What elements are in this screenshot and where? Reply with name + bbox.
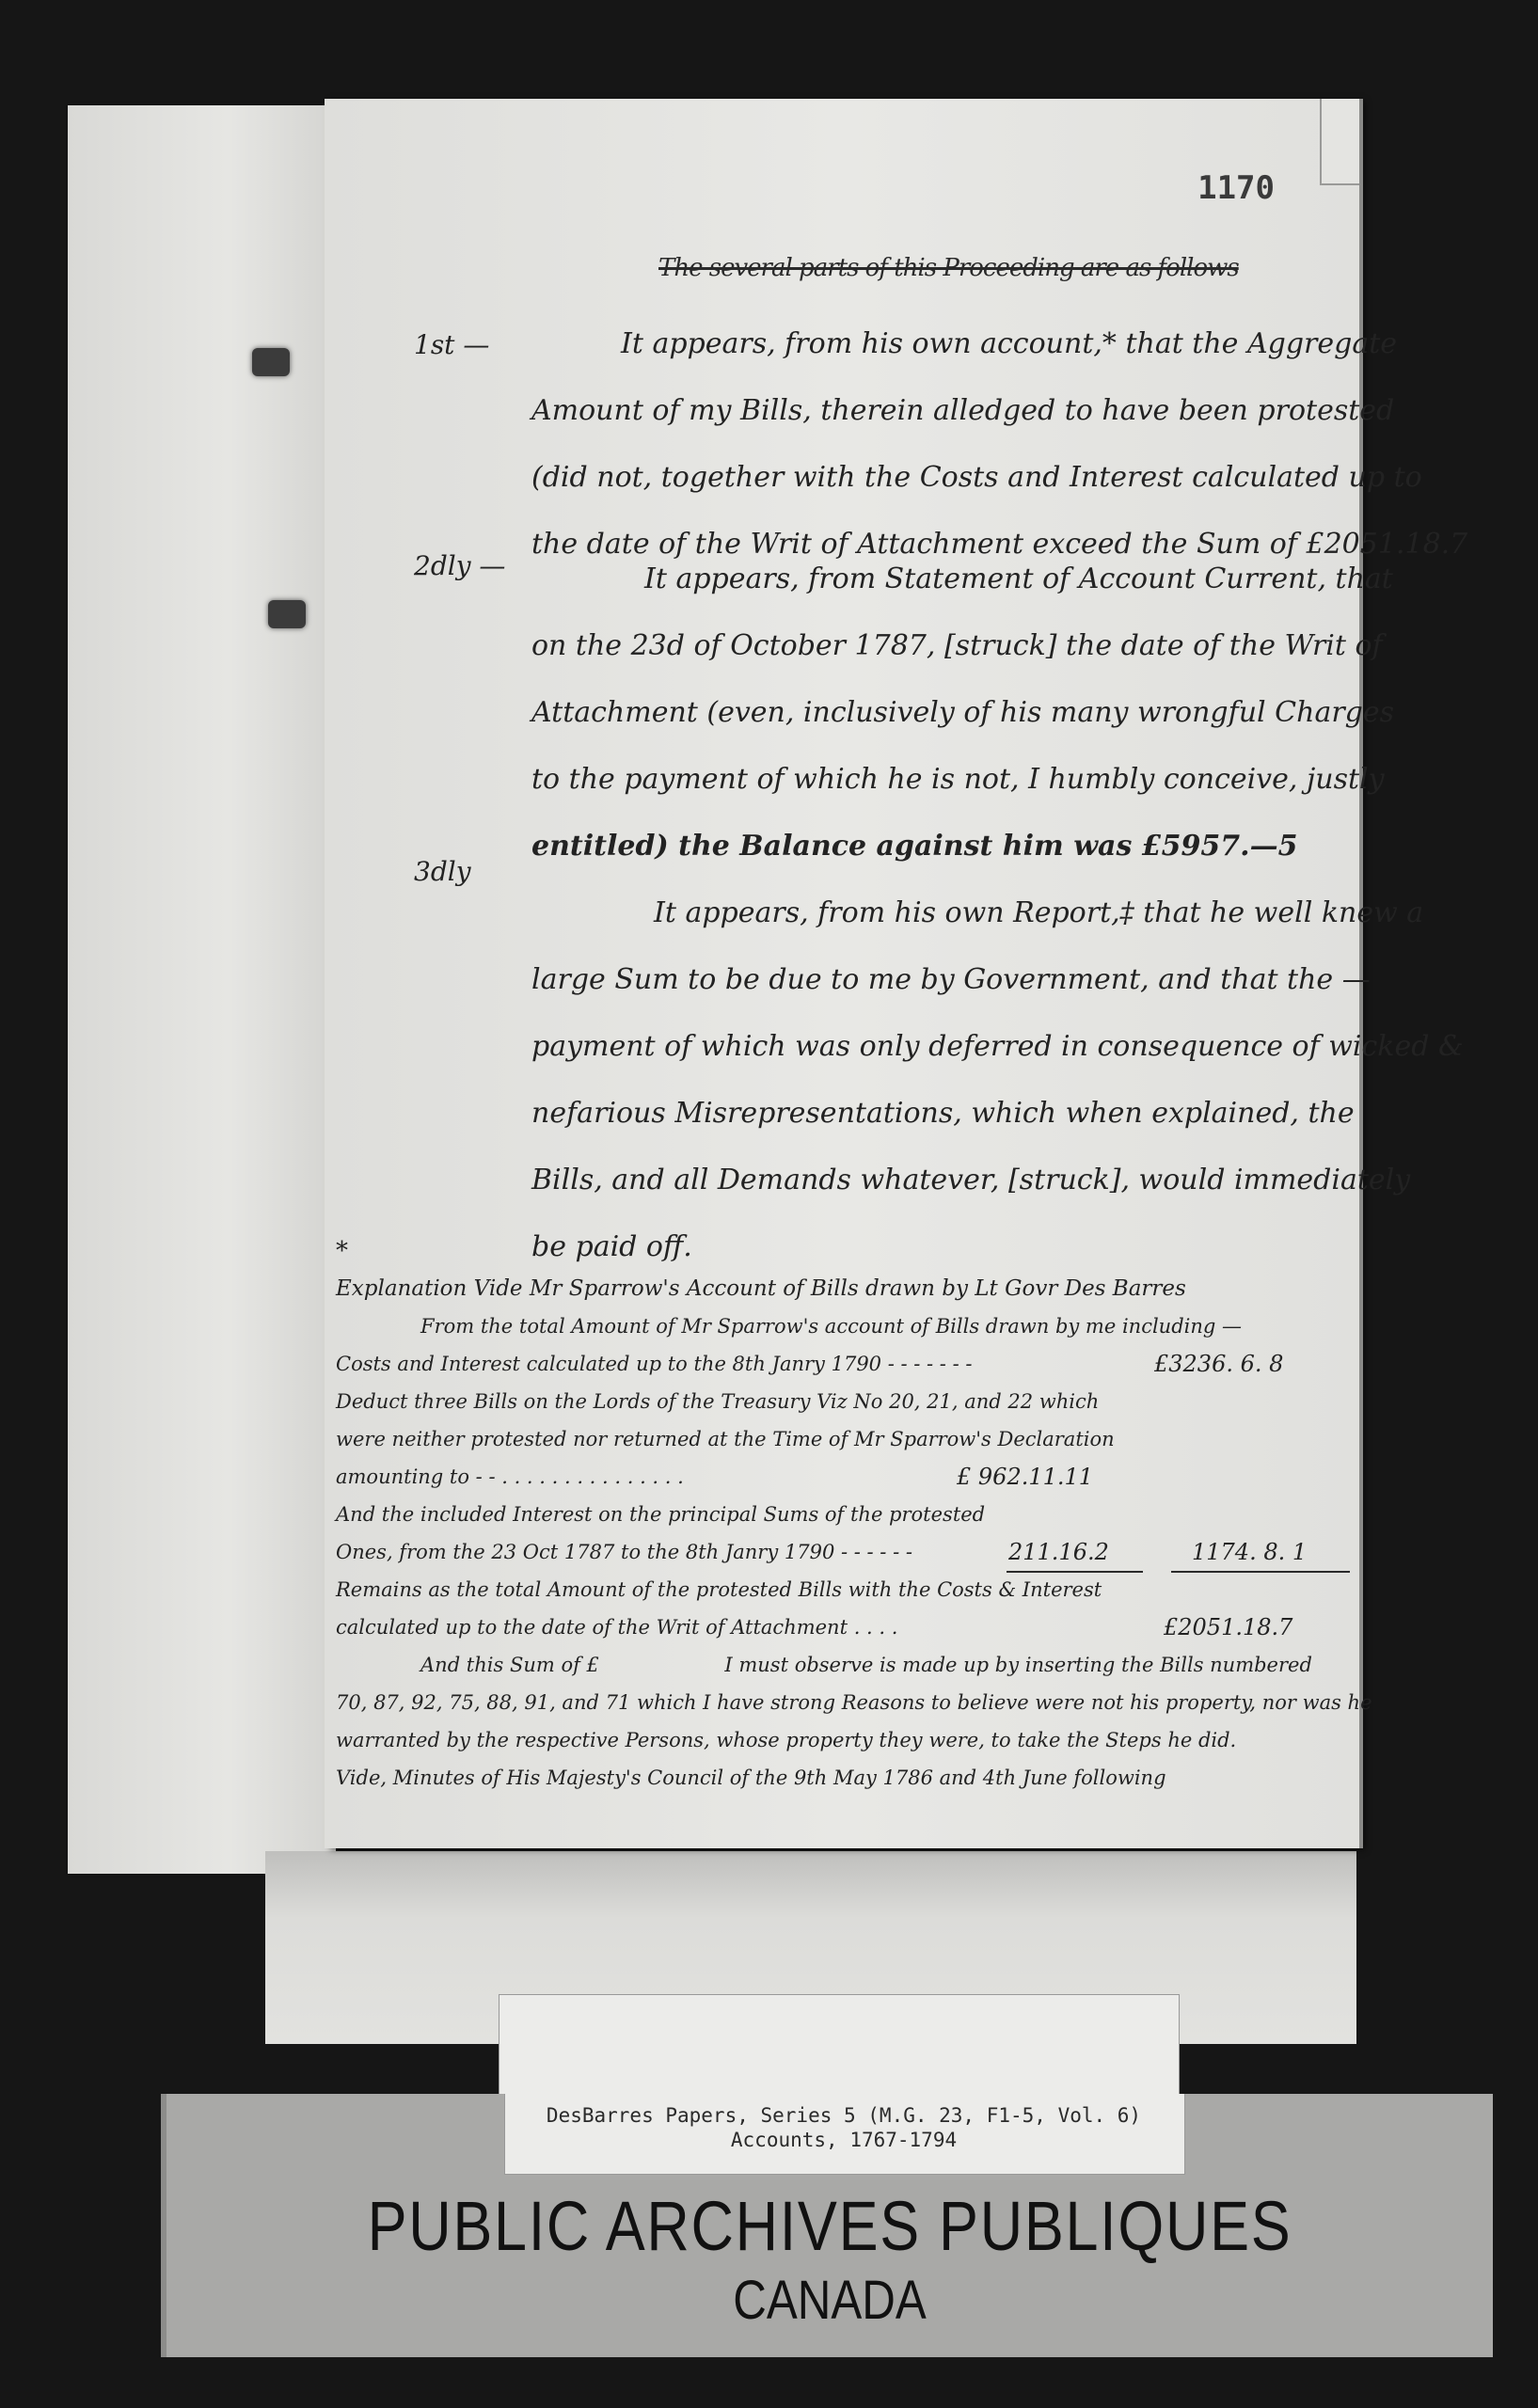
amount-total-account: £3236. 6. 8 [1154, 1345, 1283, 1383]
paragraph-number-3: 3dly [414, 856, 471, 887]
left-folded-flap [68, 105, 336, 1874]
amount-remaining: £2051.18.7 [1164, 1608, 1292, 1646]
footnote-line: Remains as the total Amount of the prote… [336, 1571, 1342, 1608]
struck-heading: The several parts of this Proceeding are… [658, 254, 1239, 282]
text-line: It appears, from his own account,* that … [531, 310, 1322, 377]
collection-reference: DesBarres Papers, Series 5 (M.G. 23, F1-… [504, 2103, 1183, 2128]
amount-deducted-bills: £ 962.11.11 [957, 1458, 1093, 1496]
footnote-line: From the total Amount of Mr Sparrow's ac… [336, 1307, 1342, 1345]
footnote-line: calculated up to the date of the Writ of… [336, 1608, 1342, 1646]
footnote-heading: Explanation Vide Mr Sparrow's Account of… [336, 1270, 1342, 1307]
text-line: Amount of my Bills, therein alledged to … [531, 377, 1322, 444]
underline-rule [1007, 1571, 1143, 1573]
text-line: Bills, and all Demands whatever, [struck… [531, 1147, 1322, 1213]
footnote-explanation: * Explanation Vide Mr Sparrow's Account … [336, 1232, 1342, 1797]
folded-corner [1320, 99, 1359, 185]
text-line: (did not, together with the Costs and In… [531, 444, 1322, 511]
footnote-line: Ones, from the 23 Oct 1787 to the 8th Ja… [336, 1533, 1342, 1571]
text-line: It appears, from his own Report,‡ that h… [531, 879, 1322, 946]
manuscript-page: 1170 The several parts of this Proceedin… [325, 99, 1359, 1848]
underline-rule [1171, 1571, 1350, 1573]
text-line: to the payment of which he is not, I hum… [531, 746, 1322, 813]
footnote-line: And this Sum of £ I must observe is made… [336, 1646, 1342, 1684]
paragraph-1: It appears, from his own account,* that … [531, 310, 1322, 578]
footnote-line: Deduct three Bills on the Lords of the T… [336, 1383, 1342, 1420]
text-line: Attachment (even, inclusively of his man… [531, 679, 1322, 746]
text-line: on the 23d of October 1787, [struck] the… [531, 612, 1322, 679]
paragraph-number-2: 2dly — [414, 550, 505, 581]
index-card-text: DesBarres Papers, Series 5 (M.G. 23, F1-… [504, 2103, 1183, 2152]
text-line: large Sum to be due to me by Government,… [531, 946, 1322, 1013]
archive-title: PUBLIC ARCHIVES PUBLIQUES [266, 2186, 1394, 2266]
text-line: It appears, from Statement of Account Cu… [531, 546, 1322, 612]
footnote-line: Vide, Minutes of His Majesty's Council o… [336, 1759, 1342, 1797]
text-line: payment of which was only deferred in co… [531, 1013, 1322, 1080]
text-line: nefarious Misrepresentations, which when… [531, 1080, 1322, 1147]
footnote-line: warranted by the respective Persons, who… [336, 1721, 1342, 1759]
archive-label: DesBarres Papers, Series 5 (M.G. 23, F1-… [161, 2094, 1493, 2357]
amount-interest: 211.16.2 [1008, 1533, 1109, 1571]
amount-deduction-total: 1174. 8. 1 [1192, 1533, 1307, 1571]
footnote-line: 70, 87, 92, 75, 88, 91, and 71 which I h… [336, 1684, 1342, 1721]
footnote-line: And the included Interest on the princip… [336, 1496, 1342, 1533]
binding-stitch [268, 600, 306, 628]
footnote-line: amounting to - - . . . . . . . . . . . .… [336, 1458, 1342, 1496]
paragraph-2: It appears, from Statement of Account Cu… [531, 546, 1322, 879]
collection-subtitle: Accounts, 1767-1794 [504, 2128, 1183, 2152]
paragraph-number-1: 1st — [414, 329, 489, 360]
footnote-line: were neither protested nor returned at t… [336, 1420, 1342, 1458]
archive-country: CANADA [266, 2269, 1394, 2332]
paragraph-3: It appears, from his own Report,‡ that h… [531, 879, 1322, 1280]
folio-number: 1170 [1197, 169, 1275, 207]
binding-stitch [252, 348, 290, 376]
footnote-marker: * [336, 1232, 1342, 1270]
footnote-line: Costs and Interest calculated up to the … [336, 1345, 1342, 1383]
text-line: entitled) the Balance against him was £5… [531, 813, 1322, 879]
